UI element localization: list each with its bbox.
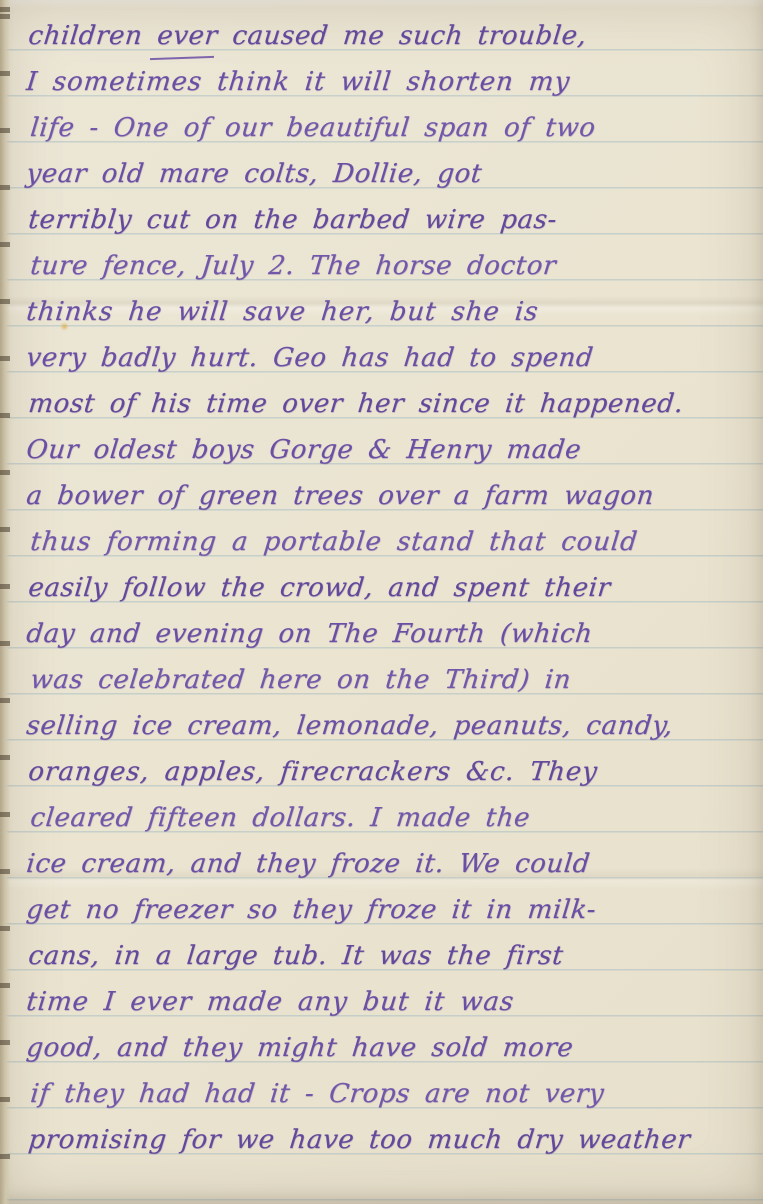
handwritten-line: oranges, apples, firecrackers &c. They xyxy=(26,750,756,796)
handwritten-line: life - One of our beautiful span of two xyxy=(28,106,756,152)
handwritten-line: a bower of green trees over a farm wagon xyxy=(24,474,756,520)
handwritten-line: children ever caused me such trouble, xyxy=(26,14,756,60)
handwritten-line: ture fence, July 2. The horse doctor xyxy=(28,244,756,290)
handwritten-line: I sometimes think it will shorten my xyxy=(24,60,756,106)
handwritten-line: get no freezer so they froze it in milk- xyxy=(24,888,756,934)
handwritten-line: ice cream, and they froze it. We could xyxy=(24,842,756,888)
handwritten-line: most of his time over her since it happe… xyxy=(26,382,756,428)
handwritten-line: year old mare colts, Dollie, got xyxy=(24,152,756,198)
handwritten-line: thus forming a portable stand that could xyxy=(28,520,756,566)
handwritten-line: if they had had it - Crops are not very xyxy=(28,1072,756,1118)
letter-scan-page: children ever caused me such trouble, I … xyxy=(0,0,763,1204)
handwritten-line: selling ice cream, lemonade, peanuts, ca… xyxy=(24,704,756,750)
handwritten-line: Our oldest boys Gorge & Henry made xyxy=(24,428,756,474)
handwritten-line: was celebrated here on the Third) in xyxy=(28,658,756,704)
handwritten-line: time I ever made any but it was xyxy=(24,980,756,1026)
handwritten-line: cleared fifteen dollars. I made the xyxy=(28,796,756,842)
handwritten-line: day and evening on The Fourth (which xyxy=(24,612,756,658)
handwritten-line: thinks he will save her, but she is xyxy=(24,290,756,336)
handwritten-line: terribly cut on the barbed wire pas- xyxy=(26,198,756,244)
handwritten-line: cans, in a large tub. It was the first xyxy=(26,934,756,980)
letter-body: children ever caused me such trouble, I … xyxy=(0,0,763,1164)
handwritten-line: promising for we have too much dry weath… xyxy=(26,1118,756,1164)
handwritten-line: good, and they might have sold more xyxy=(24,1026,756,1072)
handwritten-line: easily follow the crowd, and spent their xyxy=(26,566,756,612)
handwritten-line: very badly hurt. Geo has had to spend xyxy=(24,336,756,382)
